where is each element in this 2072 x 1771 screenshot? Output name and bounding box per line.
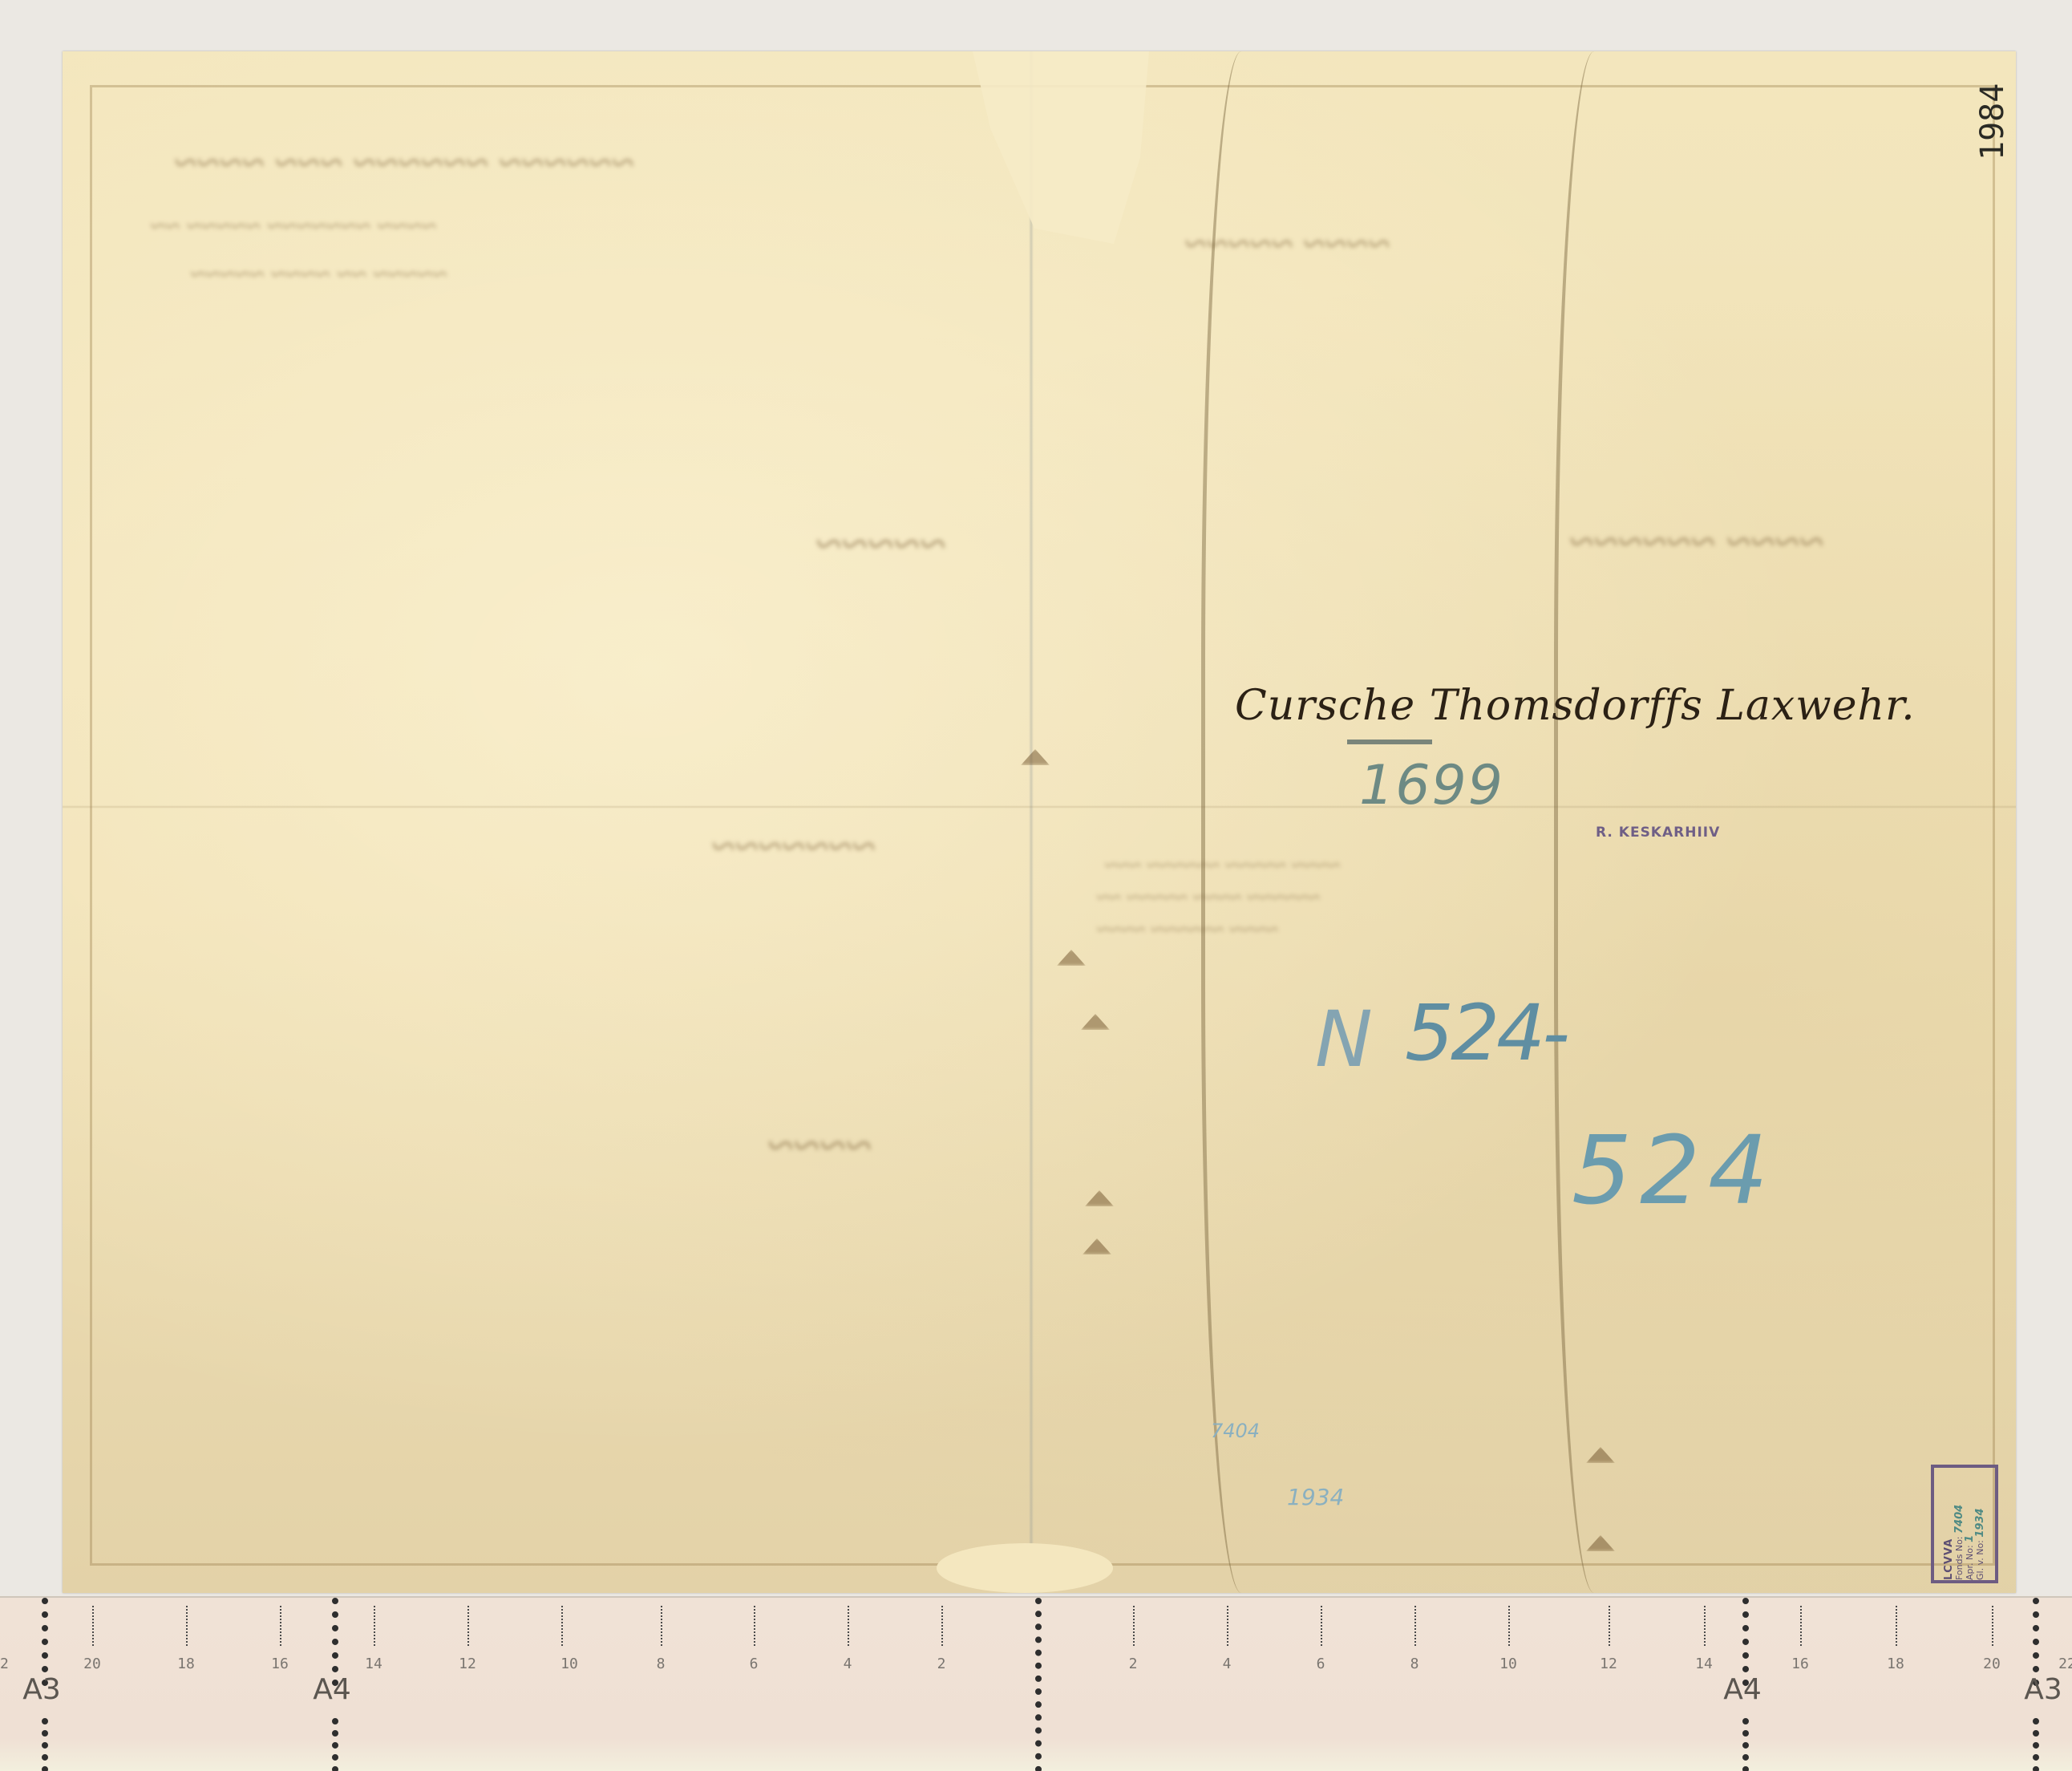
ruler-label: 12 <box>1600 1655 1617 1672</box>
ruler-label: 4 <box>1223 1655 1232 1672</box>
ruler-tick <box>1896 1606 1899 1646</box>
ruler-label: 10 <box>560 1655 578 1672</box>
ruler-label: 20 <box>83 1655 101 1672</box>
bleed-through-label: ~~~~ ~~~~~ <box>1185 220 1390 266</box>
ruler-label: 6 <box>1317 1655 1325 1672</box>
ruler-label: 22 <box>2058 1655 2072 1672</box>
ruler-label: 12 <box>459 1655 476 1672</box>
pencil-volume-number: 1934 <box>1287 1484 1344 1510</box>
year-pencil-annotation: 1699 <box>1359 754 1504 817</box>
ruler-tick <box>186 1606 189 1646</box>
measurement-ruler: 22 20 18 16 14 12 10 8 6 4 2 2 4 6 8 10 … <box>0 1596 2072 1771</box>
ruler-label: 14 <box>365 1655 382 1672</box>
ruler-tick <box>561 1606 565 1646</box>
bleed-through-label: ~~~~ <box>768 1118 872 1173</box>
ruler-tick <box>1800 1606 1803 1646</box>
ruler-label: 2 <box>937 1655 946 1672</box>
corner-inventory-number: 1984 <box>1974 83 2011 160</box>
ruler-tick <box>467 1606 471 1646</box>
ruler-a4-mark <box>332 1718 343 1771</box>
ruler-label: 4 <box>844 1655 852 1672</box>
archive-name-stamp: R. KESKARHIIV <box>1596 825 1720 841</box>
ruler-tick <box>848 1606 851 1646</box>
ruler-label: 18 <box>1887 1655 1904 1672</box>
stamp-apr-label: Apr. No: <box>1965 1545 1975 1580</box>
ruler-tick <box>1227 1606 1230 1646</box>
ruler-a4-mark <box>1742 1718 1754 1771</box>
horizontal-fold <box>63 805 2016 808</box>
map-sheet: ~~~~~~ ~~~~~~ ~~~ ~~~~ ~~~~ ~~~~~~~ ~~~~… <box>63 51 2016 1593</box>
ruler-label: 6 <box>750 1655 759 1672</box>
stamp-fonds-label: Fonds No: <box>1954 1536 1965 1580</box>
bleed-through-note: ~~~~ ~~~~~ ~~~~~~ ~~~ <box>1105 853 1341 879</box>
map-title-handwritten: Cursche Thomsdorffs Laxwehr. <box>1235 682 1916 730</box>
stamp-glv-label: Gl. v. No: <box>1975 1540 1985 1580</box>
bleed-through-label: ~~~~ ~~~~~~ <box>1570 517 1824 568</box>
ruler-label: 22 <box>0 1655 9 1672</box>
ruler-size-a4-left: A4 <box>313 1673 351 1706</box>
river-bank-right <box>1554 51 1654 1593</box>
paper-stain <box>937 1543 1113 1593</box>
ruler-size-a3-left: A3 <box>22 1673 61 1706</box>
ruler-tick <box>754 1606 757 1646</box>
ruler-label: 16 <box>271 1655 289 1672</box>
stamp-glv-value: 1934 <box>1974 1508 1986 1537</box>
ruler-tick <box>1321 1606 1324 1646</box>
ruler-tick <box>941 1606 945 1646</box>
ruler-tick <box>1704 1606 1707 1646</box>
catalog-number-ink: 524- <box>1405 988 1567 1078</box>
catalog-number-pencil: 524 <box>1572 1115 1776 1226</box>
ruler-tick <box>661 1606 664 1646</box>
pencil-fonds-number: 7404 <box>1211 1420 1260 1442</box>
ruler-a3-mark <box>42 1718 53 1771</box>
ruler-tick <box>1414 1606 1418 1646</box>
ruler-tick <box>1508 1606 1512 1646</box>
ruler-label: 14 <box>1695 1655 1713 1672</box>
number-prefix: N <box>1315 995 1373 1084</box>
stamp-glv-row: Gl. v. No: 1934 <box>1975 1468 1985 1580</box>
ruler-tick <box>1609 1606 1612 1646</box>
ruler-label: 8 <box>657 1655 666 1672</box>
stamp-fonds-value: 7404 <box>1953 1505 1965 1534</box>
ruler-tick <box>1992 1606 1995 1646</box>
ruler-label: 8 <box>1410 1655 1419 1672</box>
archive-stamp-lcvva: LCVVA Fonds No: 7404 Apr. No: 1 Gl. v. N… <box>1931 1465 1998 1583</box>
stamp-fonds-row: Fonds No: 7404 <box>1954 1468 1965 1580</box>
bleed-through-label: ~~~~~~~ <box>712 821 876 871</box>
bleed-through-label: ~~~~~ <box>816 517 946 572</box>
ruler-label: 16 <box>1791 1655 1809 1672</box>
ruler-center-mark <box>1035 1598 1046 1771</box>
ruler-tick <box>92 1606 95 1646</box>
bleed-through-heading: ~~~~~~ ~~~~~~ ~~~ ~~~~ <box>175 140 635 187</box>
title-underline <box>1347 740 1432 744</box>
ruler-tick <box>374 1606 377 1646</box>
bleed-through-note: ~~~~~~ ~~~~ ~~~~~ ~~ <box>1097 885 1321 911</box>
ruler-size-a4-right: A4 <box>1723 1673 1762 1706</box>
ruler-tick <box>280 1606 283 1646</box>
bleed-through-line: ~~~~~ ~~ ~~~~ ~~~~~ <box>191 260 447 290</box>
ruler-label: 18 <box>177 1655 195 1672</box>
ruler-tick <box>1133 1606 1136 1646</box>
ruler-label: 2 <box>1129 1655 1138 1672</box>
ruler-size-a3-right: A3 <box>2024 1673 2062 1706</box>
ruler-label: 10 <box>1499 1655 1517 1672</box>
ruler-label: 20 <box>1983 1655 2001 1672</box>
bleed-through-note: ~~~~ ~~~~~~ ~~~~ <box>1097 918 1278 943</box>
vertical-fold <box>1029 51 1034 1593</box>
bleed-through-line: ~~~~ ~~~~~~~ ~~~~~ ~~ <box>151 212 437 242</box>
ruler-a3-mark <box>2033 1718 2044 1771</box>
river-bank-left <box>1201 51 1301 1593</box>
